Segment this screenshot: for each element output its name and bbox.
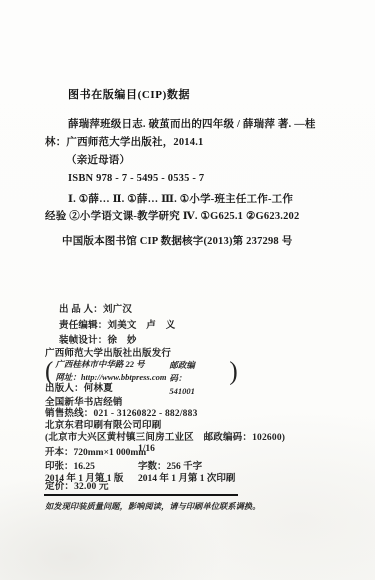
printer-address-line: (北京市大兴区黄村镇三间房工业区 邮政编码：102600): [45, 433, 285, 444]
cip-title-line-1: 薛瑞萍班级日志. 破茧而出的四年级 / 薛瑞萍 著. —桂: [68, 119, 316, 131]
publisher-address-content: 广西桂林市中华路 22 号 邮政编码：541001 网址：http://www.…: [55, 358, 227, 384]
cip-classification-line-1: Ⅰ. ①薛… Ⅱ. ①薛… Ⅲ. ①小学-班主任工作-工作: [68, 194, 293, 206]
producer-line: 出 品 人：刘广汉: [59, 305, 132, 316]
editor-line: 责任编辑：刘美文 卢 义: [59, 321, 175, 332]
publisher-person-line: 出版人：何林夏: [45, 384, 113, 395]
format-label: 开本：720mm×1 000mm: [45, 448, 146, 458]
designer-line: 装帧设计：徐 妙: [59, 336, 137, 347]
distribution-line: 全国新华书店经销: [45, 398, 123, 409]
format-row: 开本：720mm×1 000mm 1/16: [45, 444, 146, 458]
cip-classification-line-2: 经验 ②小学语文课-教学研究 Ⅳ. ①G625.1 ②G623.202: [45, 211, 299, 223]
format-value: 1/16: [138, 444, 155, 454]
publisher-address: 广西桂林市中华路 22 号: [55, 359, 144, 369]
cip-isbn-line: ISBN 978 - 7 - 5495 - 0535 - 7: [68, 173, 204, 185]
divider-rule: [44, 494, 238, 496]
publisher-address-block: ( 广西桂林市中华路 22 号 邮政编码：541001 网址：http://ww…: [45, 358, 238, 384]
cip-heading: 图书在版编目(CIP)数据: [68, 89, 190, 102]
cip-record-number: 中国版本图书馆 CIP 数据核字(2013)第 237298 号: [62, 236, 292, 248]
publisher-address-row: 广西桂林市中华路 22 号 邮政编码：541001: [55, 359, 144, 369]
book-copyright-page: 图书在版编目(CIP)数据 薛瑞萍班级日志. 破茧而出的四年级 / 薛瑞萍 著.…: [0, 0, 375, 580]
close-paren-glyph: ): [229, 358, 237, 384]
cip-series-note: （亲近母语）: [66, 155, 130, 167]
cip-title-line-2: 林：广西师范大学出版社，2014.1: [45, 137, 203, 149]
price-line: 定价：32.00 元: [45, 482, 109, 493]
publisher-website: 网址：http://www.bbtpress.com: [55, 371, 227, 384]
publisher-postcode: 邮政编码：541001: [169, 359, 195, 398]
printer-line: 北京东君印刷有限公司印刷: [45, 421, 161, 432]
open-paren-glyph: (: [45, 358, 53, 384]
sales-hotline-line: 销售热线：021 - 31260822 - 882/883: [45, 409, 198, 420]
quality-note: 如发现印装质量问题，影响阅读，请与印刷单位联系调换。: [45, 502, 260, 511]
printing-label: 2014 年 1 月第 1 次印刷: [138, 470, 235, 484]
